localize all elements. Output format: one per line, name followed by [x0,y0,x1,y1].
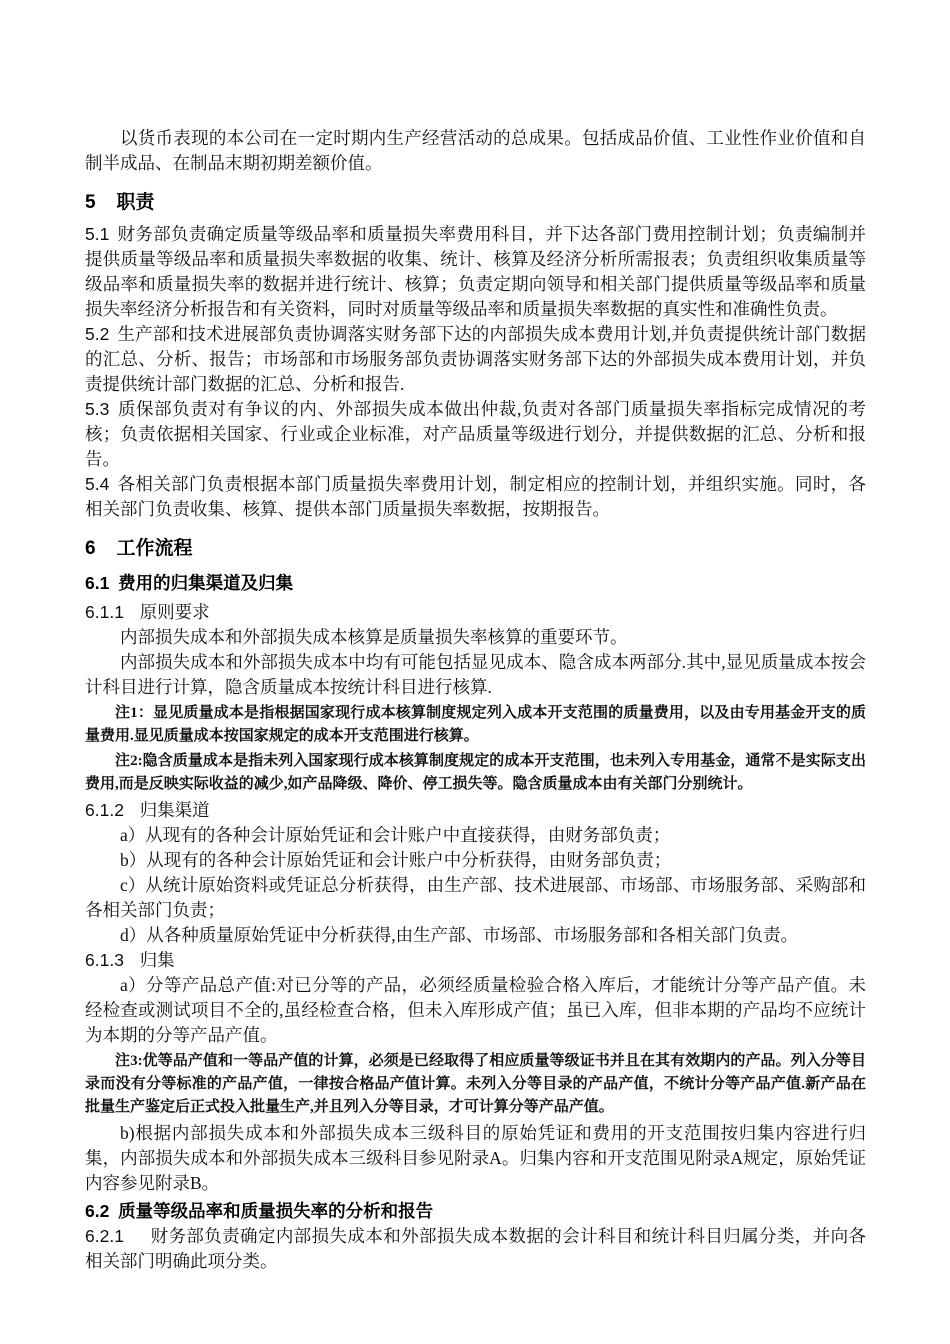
section-5-heading: 5职责 [85,190,866,216]
section-6-2-heading: 6.2质量等级品率和质量损失率的分析和报告 [85,1198,866,1224]
section-5-title: 职责 [116,192,154,213]
section-6-1-2-title: 归集渠道 [140,800,210,820]
list-item-6-1-3-b: b)根据内部损失成本和外部损失成本三级科目的原始凭证和费用的开支范围按归集内容进… [85,1121,866,1196]
section-6-1-2-heading: 6.1.2归集渠道 [85,798,866,823]
clause-5-3-number: 5.3 [85,399,109,419]
list-item-6-1-2-d: d）从各种质量原始凭证中分析获得,由生产部、市场部、市场服务部和各相关部门负责。 [85,923,866,948]
section-6-1-3-number: 6.1.3 [85,950,124,970]
clause-5-4-text: 各相关部门负责根据本部门质量损失率费用计划，制定相应的控制计划，并组织实施。同时… [85,474,866,519]
clause-5-2-text: 生产部和技术进展部负责协调落实财务部下达的内部损失成本费用计划,并负责提供统计部… [85,324,866,394]
section-6-1-1-heading: 6.1.1原则要求 [85,600,866,625]
clause-5-4-number: 5.4 [85,474,109,494]
list-item-6-1-2-b: b）从现有的各种会计原始凭证和会计账户中分析获得，由财务部负责； [85,848,866,873]
note-3: 注3:优等品产值和一等品产值的计算，必须是已经取得了相应质量等级证书并且在其有效… [85,1050,866,1119]
section-6-title: 工作流程 [116,538,192,559]
section-6-1-1-title: 原则要求 [140,602,210,622]
clause-5-2: 5.2生产部和技术进展部负责协调落实财务部下达的内部损失成本费用计划,并负责提供… [85,322,866,397]
note-2: 注2:隐含质量成本是指未列入国家现行成本核算制度规定的成本开支范围，也未列入专用… [85,750,866,796]
note-1: 注1：显见质量成本是指根据国家现行成本核算制度规定列入成本开支范围的质量费用，以… [85,702,866,748]
clause-5-1-number: 5.1 [85,224,109,244]
clause-5-2-number: 5.2 [85,324,109,344]
section-6-1-heading: 6.1费用的归集渠道及归集 [85,570,866,596]
clause-5-4: 5.4各相关部门负责根据本部门质量损失率费用计划，制定相应的控制计划，并组织实施… [85,472,866,522]
section-6-2-number: 6.2 [85,1201,109,1221]
clause-6-2-1: 6.2.1财务部负责确定内部损失成本和外部损失成本数据的会计科目和统计科目归属分… [85,1224,866,1274]
paragraph-loss-cost-importance: 内部损失成本和外部损失成本核算是质量损失率核算的重要环节。 [85,625,866,650]
clause-5-3-text: 质保部负责对有争议的内、外部损失成本做出仲裁,负责对各部门质量损失率指标完成情况… [85,399,866,469]
section-5-number: 5 [85,192,96,213]
clause-5-1: 5.1财务部负责确定质量等级品率和质量损失率费用科目，并下达各部门费用控制计划；… [85,222,866,322]
list-item-6-1-3-a: a）分等产品总产值:对已分等的产品，必须经质量检验合格入库后，才能统计分等产品产… [85,973,866,1048]
section-6-heading: 6工作流程 [85,536,866,562]
section-6-1-2-number: 6.1.2 [85,800,124,820]
section-6-1-3-title: 归集 [140,950,175,970]
clause-5-3: 5.3质保部负责对有争议的内、外部损失成本做出仲裁,负责对各部门质量损失率指标完… [85,397,866,472]
section-6-1-number: 6.1 [85,573,109,593]
clause-5-1-text: 财务部负责确定质量等级品率和质量损失率费用科目，并下达各部门费用控制计划；负责编… [85,224,866,319]
section-6-number: 6 [85,538,96,559]
section-6-1-1-number: 6.1.1 [85,602,124,622]
section-6-2-title: 质量等级品率和质量损失率的分析和报告 [118,1201,433,1221]
clause-6-2-1-number: 6.2.1 [85,1226,124,1246]
document-page: 以货币表现的本公司在一定时期内生产经营活动的总成果。包括成品价值、工业性作业价值… [0,0,950,1344]
paragraph-visible-hidden-cost: 内部损失成本和外部损失成本中均有可能包括显见成本、隐含成本两部分.其中,显见质量… [85,650,866,700]
paragraph-total-output-value: 以货币表现的本公司在一定时期内生产经营活动的总成果。包括成品价值、工业性作业价值… [85,126,866,176]
list-item-6-1-2-c: c）从统计原始资料或凭证总分析获得，由生产部、技术进展部、市场部、市场服务部、采… [85,873,866,923]
list-item-6-1-2-a: a）从现有的各种会计原始凭证和会计账户中直接获得，由财务部负责； [85,823,866,848]
section-6-1-title: 费用的归集渠道及归集 [118,573,293,593]
clause-6-2-1-text: 财务部负责确定内部损失成本和外部损失成本数据的会计科目和统计科目归属分类，并向各… [85,1226,866,1271]
section-6-1-3-heading: 6.1.3归集 [85,948,866,973]
